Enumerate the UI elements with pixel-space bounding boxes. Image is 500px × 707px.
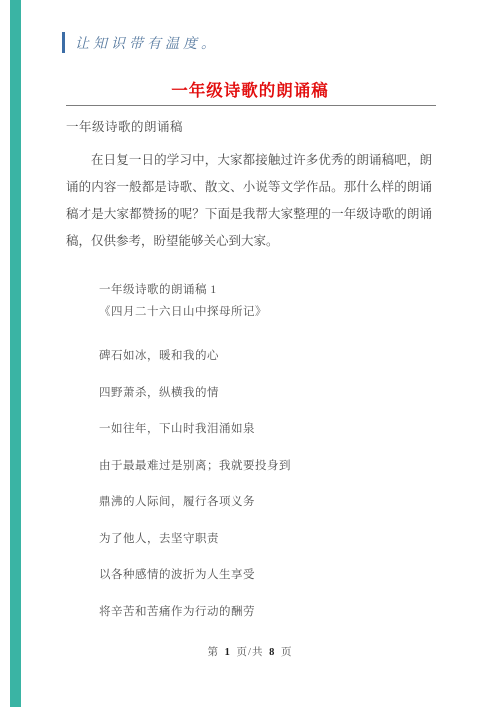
footer-total-pages: 8: [269, 647, 275, 658]
poem-line: 以各种感情的波折为人生享受: [99, 564, 459, 586]
poem-title: 《四月二十六日山中探母所记》: [99, 301, 459, 323]
document-subtitle: 一年级诗歌的朗诵稿: [66, 117, 183, 135]
footer-prefix: 第: [208, 647, 220, 658]
poem-line: 为了他人，去坚守职责: [99, 528, 459, 550]
poem-line: 四野萧杀，纵横我的情: [99, 382, 459, 404]
accent-bar: [62, 32, 65, 53]
document-page: 让知识带有温度。 一年级诗歌的朗诵稿 一年级诗歌的朗诵稿 在日复一日的学习中，大…: [0, 0, 500, 707]
title-divider: [66, 105, 436, 106]
poem-line: 鼎沸的人际间，履行各项义务: [99, 491, 459, 513]
intro-paragraph: 在日复一日的学习中，大家都接触过许多优秀的朗诵稿吧，朗诵的内容一般都是诗歌、散文…: [66, 147, 432, 255]
footer-middle: 页/共: [237, 647, 264, 658]
section-heading: 一年级诗歌的朗诵稿 1: [99, 279, 459, 301]
poem-line: 由于最最难过是别离；我就要投身到: [99, 455, 459, 477]
slogan-text: 让知识带有温度。: [75, 33, 219, 53]
footer-current-page: 1: [225, 647, 231, 658]
page-number-footer: 第 1 页/共 8 页: [0, 644, 500, 659]
page-header: 让知识带有温度。: [62, 32, 219, 53]
poem-line: 碑石如冰，暖和我的心: [99, 345, 459, 367]
document-title: 一年级诗歌的朗诵稿: [0, 77, 500, 101]
footer-suffix: 页: [281, 647, 293, 658]
poem-section: 一年级诗歌的朗诵稿 1 《四月二十六日山中探母所记》 碑石如冰，暖和我的心 四野…: [99, 279, 459, 637]
poem-line: 一如往年，下山时我泪涌如泉: [99, 418, 459, 440]
left-edge-strip: [10, 0, 21, 707]
poem-line: 将辛苦和苦痛作为行动的酬劳: [99, 601, 459, 623]
